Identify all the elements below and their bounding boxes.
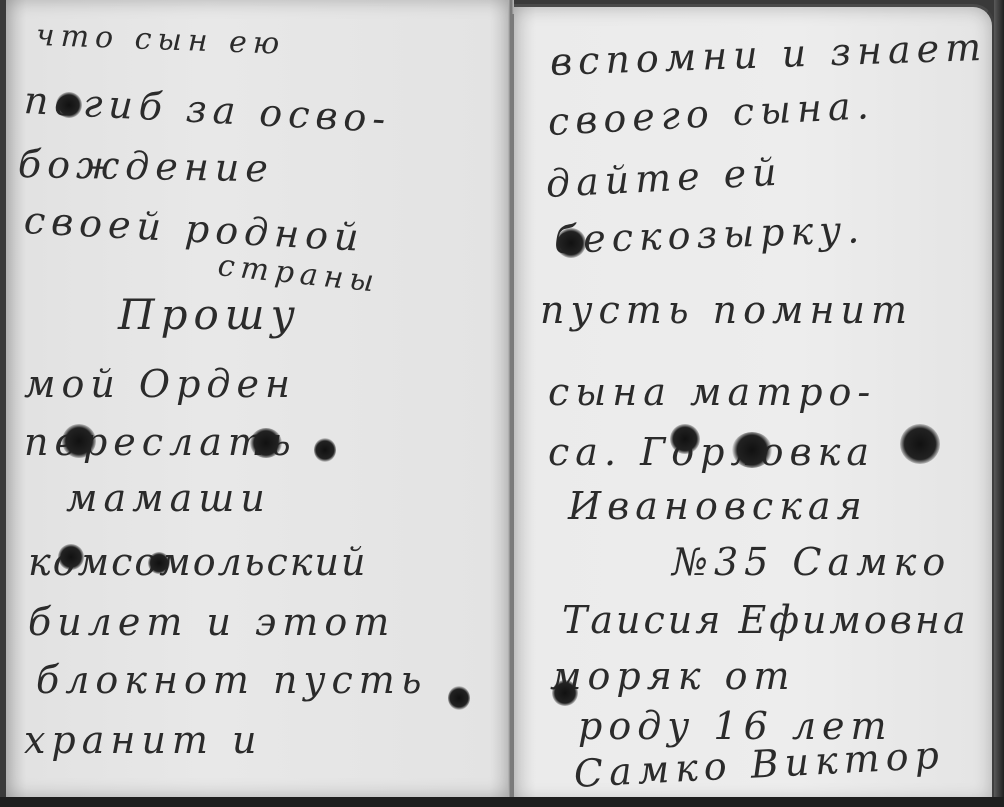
right-line-9: №35 Самко: [672, 540, 951, 584]
notebook-bottom-edge: [0, 797, 1004, 807]
right-line-8: Ивановская: [568, 484, 868, 528]
ink-blot: [148, 552, 170, 574]
notebook-edge: [994, 0, 1004, 807]
right-line-7: са. Горловка: [548, 430, 875, 474]
left-line-7: мой Орден: [24, 362, 296, 406]
left-line-11: билет и этот: [28, 600, 395, 644]
ink-blot: [62, 424, 96, 458]
right-line-10: Таисия Ефимовна: [562, 598, 969, 642]
right-line-5: пусть помнит: [540, 288, 913, 332]
ink-blot: [250, 428, 282, 458]
ink-blot: [58, 544, 84, 570]
left-line-3: бождение: [18, 142, 275, 190]
ink-blot: [552, 680, 578, 706]
left-line-12: блокнот пусть: [36, 658, 428, 702]
left-line-9: мамаши: [66, 476, 271, 520]
left-line-6: Прошу: [118, 290, 301, 339]
left-line-13: хранит и: [24, 718, 263, 762]
margin-line: [512, 14, 514, 804]
right-line-6: сына матро-: [548, 370, 876, 414]
ink-blot: [314, 438, 336, 462]
notebook-photo: что сын ею погиб за осво- бождение своей…: [0, 0, 1004, 807]
ink-blot: [556, 228, 586, 258]
ink-blot: [56, 92, 82, 118]
ink-blot: [732, 432, 772, 468]
ink-blot: [670, 424, 700, 454]
right-line-11: моряк от: [550, 654, 796, 698]
ink-blot: [448, 686, 470, 710]
ink-blot: [900, 424, 940, 464]
